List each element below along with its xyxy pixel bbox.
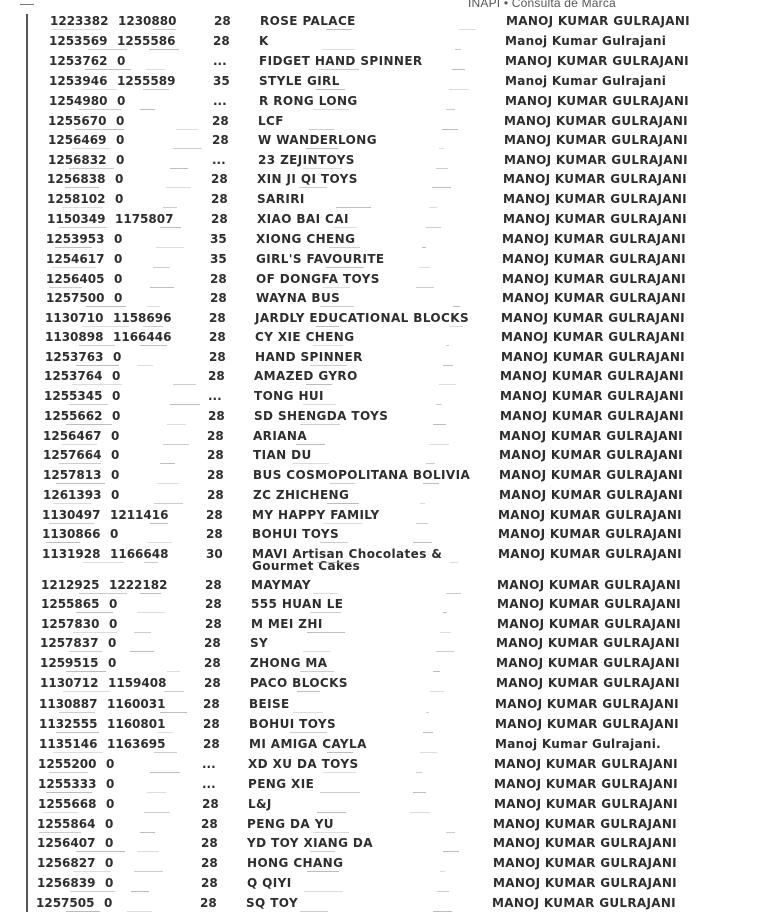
class-number: 28 bbox=[213, 34, 230, 48]
scan-noise bbox=[134, 632, 151, 633]
registration-number: 0 bbox=[115, 172, 123, 186]
scan-noise bbox=[310, 851, 335, 852]
application-number: 1261393 bbox=[43, 488, 101, 502]
application-number: 1130866 bbox=[42, 527, 100, 541]
class-number: ... bbox=[212, 153, 226, 167]
application-number: 1253953 bbox=[46, 232, 104, 246]
class-number: ... bbox=[202, 777, 216, 791]
table-row: 1259515 0 28 ZHONG MA MANOJ KUMAR GULRAJ… bbox=[0, 656, 757, 676]
owner-name: MANOJ KUMAR GULRAJANI bbox=[503, 192, 687, 206]
table-row: 1253762 0 ... FIDGET HAND SPINNER MANOJ … bbox=[0, 54, 757, 74]
class-number: ... bbox=[202, 757, 216, 771]
class-number: 28 bbox=[201, 836, 218, 850]
scan-noise bbox=[413, 542, 432, 543]
class-number: 28 bbox=[207, 468, 224, 482]
scan-noise bbox=[297, 691, 320, 692]
class-number: 28 bbox=[201, 856, 218, 870]
class-number: 28 bbox=[203, 697, 220, 711]
class-number: 28 bbox=[208, 409, 225, 423]
application-number: 1256407 bbox=[37, 836, 95, 850]
table-row: 1257500 0 28 WAYNA BUS MANOJ KUMAR GULRA… bbox=[0, 291, 757, 311]
owner-name: MANOJ KUMAR GULRAJANI bbox=[505, 54, 689, 68]
class-number: 28 bbox=[214, 14, 231, 28]
class-number: 28 bbox=[201, 876, 218, 890]
scan-noise bbox=[422, 247, 426, 248]
table-row: 1130712 1159408 28 PACO BLOCKS MANOJ KUM… bbox=[0, 676, 757, 696]
scan-noise bbox=[426, 712, 429, 713]
scan-noise bbox=[413, 792, 426, 793]
scan-noise bbox=[320, 792, 360, 793]
application-number: 1256467 bbox=[43, 429, 101, 443]
table-row: 1253946 1255589 35 STYLE GIRL Manoj Kuma… bbox=[0, 74, 757, 94]
registration-number: 1158696 bbox=[113, 311, 171, 325]
owner-name: MANOJ KUMAR GULRAJANI bbox=[499, 468, 683, 482]
scan-noise bbox=[140, 832, 155, 833]
trademark-name: TIAN DU bbox=[253, 448, 312, 462]
application-number: 1255200 bbox=[38, 757, 96, 771]
registration-number: 0 bbox=[108, 656, 116, 670]
scan-corner-mark bbox=[20, 4, 34, 5]
scan-noise bbox=[449, 326, 463, 327]
table-row: 1257664 0 28 TIAN DU MANOJ KUMAR GULRAJA… bbox=[0, 448, 757, 468]
trademark-name: BOHUI TOYS bbox=[252, 527, 339, 541]
scan-noise bbox=[420, 503, 425, 504]
scan-noise bbox=[137, 365, 153, 366]
application-number: 1130497 bbox=[42, 508, 100, 522]
scan-noise bbox=[147, 306, 160, 307]
application-number: 1255670 bbox=[48, 114, 106, 128]
application-number: 1130710 bbox=[45, 311, 103, 325]
registration-number: 0 bbox=[105, 817, 113, 831]
table-row: 1256469 0 28 W WANDERLONG MANOJ KUMAR GU… bbox=[0, 133, 757, 153]
registration-number: 1255586 bbox=[117, 34, 175, 48]
class-number: ... bbox=[213, 94, 227, 108]
class-number: 35 bbox=[210, 232, 227, 246]
scan-noise bbox=[455, 49, 461, 50]
scan-noise bbox=[439, 384, 456, 385]
scan-noise bbox=[310, 612, 341, 613]
scan-noise bbox=[55, 247, 92, 248]
scan-noise bbox=[167, 671, 180, 672]
application-number: 1253764 bbox=[44, 369, 102, 383]
scan-noise bbox=[322, 49, 355, 50]
scan-noise bbox=[69, 404, 108, 405]
registration-number: 0 bbox=[112, 369, 120, 383]
scan-noise bbox=[316, 326, 339, 327]
scan-noise bbox=[316, 89, 345, 90]
registration-number: 0 bbox=[116, 133, 124, 147]
owner-name: MANOJ KUMAR GULRAJANI bbox=[496, 656, 680, 670]
scan-noise bbox=[442, 129, 458, 130]
scan-noise bbox=[304, 891, 343, 892]
scan-noise bbox=[317, 812, 346, 813]
class-number: 28 bbox=[209, 330, 226, 344]
trademark-name: SY bbox=[250, 636, 268, 650]
scan-noise bbox=[53, 752, 103, 753]
trademark-name: BUS COSMOPOLITANA BOLIVIA bbox=[253, 468, 470, 482]
owner-name: MANOJ KUMAR GULRAJANI bbox=[496, 676, 680, 690]
scan-noise bbox=[319, 69, 359, 70]
owner-name: MANOJ KUMAR GULRAJANI bbox=[502, 252, 686, 266]
scan-noise bbox=[432, 187, 451, 188]
application-number: 1255345 bbox=[44, 389, 102, 403]
class-number: 28 bbox=[209, 350, 226, 364]
owner-name: MANOJ KUMAR GULRAJANI bbox=[497, 597, 681, 611]
application-number: 1130887 bbox=[39, 697, 97, 711]
scan-noise bbox=[420, 752, 437, 753]
trademark-name: MAVI Artisan Chocolates &Gourmet Cakes bbox=[252, 547, 442, 573]
registration-number: 0 bbox=[111, 429, 119, 443]
scan-noise bbox=[173, 148, 202, 149]
trademark-name: 23 ZEJINTOYS bbox=[258, 153, 355, 167]
owner-name: MANOJ KUMAR GULRAJANI bbox=[498, 508, 682, 522]
scan-noise bbox=[56, 483, 105, 484]
trademark-name: W WANDERLONG bbox=[258, 133, 377, 147]
scan-noise bbox=[163, 444, 189, 445]
registration-number: 0 bbox=[106, 777, 114, 791]
owner-name: MANOJ KUMAR GULRAJANI bbox=[500, 389, 684, 403]
registration-number: 0 bbox=[117, 54, 125, 68]
registration-number: 0 bbox=[109, 597, 117, 611]
trademark-name: XD XU DA TOYS bbox=[248, 757, 358, 771]
scan-noise bbox=[443, 365, 453, 366]
class-number: 28 bbox=[211, 172, 228, 186]
scan-noise bbox=[147, 542, 172, 543]
class-number: 28 bbox=[201, 817, 218, 831]
owner-name: Manoj Kumar Gulrajani. bbox=[495, 737, 661, 751]
owner-name: MANOJ KUMAR GULRAJANI bbox=[502, 232, 686, 246]
application-number: 1253569 bbox=[49, 34, 107, 48]
registration-number: 0 bbox=[106, 797, 114, 811]
scan-noise bbox=[150, 287, 174, 288]
trademark-name: HAND SPINNER bbox=[255, 350, 363, 364]
registration-number: 1166446 bbox=[113, 330, 171, 344]
scan-noise bbox=[423, 732, 433, 733]
trademark-name: ARIANA bbox=[253, 429, 307, 443]
application-number: 1254617 bbox=[46, 252, 104, 266]
application-number: 1259515 bbox=[40, 656, 98, 670]
table-row: 1257505 0 28 SQ TOY MANOJ KUMAR GULRAJAN… bbox=[0, 896, 757, 915]
table-row: 1132555 1160801 28 BOHUI TOYS MANOJ KUMA… bbox=[0, 717, 757, 737]
scan-noise bbox=[39, 832, 81, 833]
scan-noise bbox=[150, 772, 180, 773]
scan-noise bbox=[83, 562, 124, 563]
class-number: 28 bbox=[207, 448, 224, 462]
registration-number: 0 bbox=[105, 836, 113, 850]
trademark-name: PACO BLOCKS bbox=[250, 676, 348, 690]
scan-noise bbox=[170, 168, 188, 169]
registration-number: 0 bbox=[114, 291, 122, 305]
class-number: 28 bbox=[203, 737, 220, 751]
scan-noise bbox=[72, 384, 122, 385]
scan-noise bbox=[72, 148, 110, 149]
table-row: 1223382 1230880 28 ROSE PALACE MANOJ KUM… bbox=[0, 14, 757, 34]
scan-noise bbox=[143, 326, 163, 327]
table-row: 1254980 0 ... R RONG LONG MANOJ KUMAR GU… bbox=[0, 94, 757, 114]
scan-noise bbox=[153, 267, 170, 268]
application-number: 1257664 bbox=[43, 448, 101, 462]
table-row: 1150349 1175807 28 XIAO BAI CAI MANOJ KU… bbox=[0, 212, 757, 232]
application-number: 1256405 bbox=[46, 272, 104, 286]
class-number: ... bbox=[208, 389, 222, 403]
class-number: 28 bbox=[205, 597, 222, 611]
trademark-name: BEISE bbox=[249, 697, 290, 711]
scan-noise bbox=[163, 207, 177, 208]
scan-noise bbox=[430, 691, 444, 692]
scan-noise bbox=[323, 523, 362, 524]
owner-name: MANOJ KUMAR GULRAJANI bbox=[493, 856, 677, 870]
application-number: 1257837 bbox=[40, 636, 98, 650]
scan-noise bbox=[82, 326, 129, 327]
trademark-name: K bbox=[259, 34, 269, 48]
scan-noise bbox=[66, 911, 100, 912]
registration-number: 0 bbox=[112, 409, 120, 423]
scan-noise bbox=[49, 523, 94, 524]
class-number: 30 bbox=[206, 547, 223, 561]
table-row: 1253764 0 28 AMAZED GYRO MANOJ KUMAR GUL… bbox=[0, 369, 757, 389]
registration-number: 0 bbox=[109, 617, 117, 631]
class-number: 28 bbox=[203, 717, 220, 731]
trademark-name: ZHONG MA bbox=[250, 656, 327, 670]
registration-number: 0 bbox=[117, 94, 125, 108]
scan-noise bbox=[146, 69, 165, 70]
application-number: 1256832 bbox=[48, 153, 106, 167]
trademark-name: SARIRI bbox=[257, 192, 305, 206]
registration-number: 0 bbox=[111, 468, 119, 482]
table-row: 1253763 0 28 HAND SPINNER MANOJ KUMAR GU… bbox=[0, 350, 757, 370]
scan-noise bbox=[323, 772, 356, 773]
class-number: ... bbox=[213, 54, 227, 68]
table-row: 1131928 1166648 30 MAVI Artisan Chocolat… bbox=[0, 547, 757, 567]
registration-number: 1175807 bbox=[115, 212, 173, 226]
scan-noise bbox=[156, 247, 184, 248]
scan-noise bbox=[65, 187, 99, 188]
table-row: 1258102 0 28 SARIRI MANOJ KUMAR GULRAJAN… bbox=[0, 192, 757, 212]
class-number: 28 bbox=[206, 527, 223, 541]
scan-noise bbox=[166, 187, 191, 188]
class-number: 28 bbox=[205, 617, 222, 631]
owner-name: MANOJ KUMAR GULRAJANI bbox=[493, 836, 677, 850]
trademark-name: CY XIE CHENG bbox=[255, 330, 355, 344]
trademark-name: FIDGET HAND SPINNER bbox=[259, 54, 423, 68]
scan-noise bbox=[446, 593, 461, 594]
owner-name: MANOJ KUMAR GULRAJANI bbox=[496, 636, 680, 650]
class-number: 28 bbox=[207, 488, 224, 502]
scan-noise bbox=[436, 651, 454, 652]
owner-name: MANOJ KUMAR GULRAJANI bbox=[494, 797, 678, 811]
table-row: 1261393 0 28 ZC ZHICHENG MANOJ KUMAR GUL… bbox=[0, 488, 757, 508]
scan-noise bbox=[299, 187, 327, 188]
scan-noise bbox=[317, 562, 352, 563]
owner-name: Manoj Kumar Gulrajani bbox=[505, 74, 666, 88]
owner-name: MANOJ KUMAR GULRAJANI bbox=[495, 697, 679, 711]
table-row: 1257813 0 28 BUS COSMOPOLITANA BOLIVIA M… bbox=[0, 468, 757, 488]
trademark-name: AMAZED GYRO bbox=[254, 369, 358, 383]
table-row: 1255864 0 28 PENG DA YU MANOJ KUMAR GULR… bbox=[0, 817, 757, 837]
trademark-name: MAYMAY bbox=[251, 578, 311, 592]
class-number: 28 bbox=[202, 797, 219, 811]
scan-noise bbox=[436, 404, 442, 405]
scan-noise bbox=[429, 207, 437, 208]
application-number: 1212925 bbox=[41, 578, 99, 592]
trademark-name: OF DONGFA TOYS bbox=[256, 272, 380, 286]
scan-noise bbox=[140, 345, 167, 346]
scan-noise bbox=[327, 752, 353, 753]
scan-noise bbox=[320, 306, 354, 307]
application-number: 1253946 bbox=[49, 74, 107, 88]
application-number: 1257505 bbox=[36, 896, 94, 910]
registration-number: 0 bbox=[114, 232, 122, 246]
scan-noise bbox=[437, 891, 449, 892]
scan-noise bbox=[149, 49, 179, 50]
owner-name: MANOJ KUMAR GULRAJANI bbox=[492, 896, 676, 910]
application-number: 1256839 bbox=[37, 876, 95, 890]
class-number: 28 bbox=[204, 676, 221, 690]
table-row: 1257830 0 28 M MEI ZHI MANOJ KUMAR GULRA… bbox=[0, 617, 757, 637]
scan-noise bbox=[76, 851, 125, 852]
owner-name: MANOJ KUMAR GULRAJANI bbox=[497, 578, 681, 592]
table-row: 1255200 0 ... XD XU DA TOYS MANOJ KUMAR … bbox=[0, 757, 757, 777]
registration-number: 0 bbox=[113, 350, 121, 364]
trademark-name: Q QIYI bbox=[247, 876, 292, 890]
scan-noise bbox=[167, 424, 186, 425]
class-number: 28 bbox=[211, 192, 228, 206]
scan-noise bbox=[320, 542, 348, 543]
scan-noise bbox=[327, 503, 359, 504]
registration-number: 1159408 bbox=[108, 676, 166, 690]
registration-number: 1211416 bbox=[110, 508, 168, 522]
owner-name: MANOJ KUMAR GULRAJANI bbox=[504, 114, 688, 128]
registration-number: 0 bbox=[116, 153, 124, 167]
trademark-name: JARDLY EDUCATIONAL BLOCKS bbox=[255, 311, 469, 325]
registration-number: 0 bbox=[111, 448, 119, 462]
scan-noise bbox=[147, 792, 166, 793]
class-number: 28 bbox=[209, 311, 226, 325]
trademark-name: R RONG LONG bbox=[259, 94, 358, 108]
owner-name: MANOJ KUMAR GULRAJANI bbox=[505, 94, 689, 108]
class-number: 28 bbox=[210, 272, 227, 286]
owner-name: MANOJ KUMAR GULRAJANI bbox=[493, 817, 677, 831]
table-row: 1135146 1163695 28 MI AMIGA CAYLA Manoj … bbox=[0, 737, 757, 757]
application-number: 1253762 bbox=[49, 54, 107, 68]
registration-number: 0 bbox=[111, 488, 119, 502]
table-row: 1130887 1160031 28 BEISE MANOJ KUMAR GUL… bbox=[0, 697, 757, 717]
trademark-name: MI AMIGA CAYLA bbox=[249, 737, 367, 751]
scan-noise bbox=[66, 424, 112, 425]
scan-noise bbox=[443, 851, 459, 852]
scan-noise bbox=[160, 463, 175, 464]
owner-name: MANOJ KUMAR GULRAJANI bbox=[502, 291, 686, 305]
table-row: 1130710 1158696 28 JARDLY EDUCATIONAL BL… bbox=[0, 311, 757, 331]
scan-noise bbox=[310, 365, 347, 366]
trademark-name: ZC ZHICHENG bbox=[253, 488, 349, 502]
registration-number: 1163695 bbox=[107, 737, 165, 751]
trademark-name: M MEI ZHI bbox=[251, 617, 323, 631]
owner-name: MANOJ KUMAR GULRAJANI bbox=[498, 547, 682, 561]
trademark-name: PENG DA YU bbox=[247, 817, 334, 831]
scan-noise bbox=[66, 671, 106, 672]
class-number: 28 bbox=[207, 429, 224, 443]
owner-name: MANOJ KUMAR GULRAJANI bbox=[499, 429, 683, 443]
scan-noise bbox=[144, 812, 170, 813]
table-row: 1253953 0 35 XIONG CHENG MANOJ KUMAR GUL… bbox=[0, 232, 757, 252]
scan-noise bbox=[62, 444, 97, 445]
trademark-name: 555 HUAN LE bbox=[251, 597, 343, 611]
scan-noise bbox=[59, 712, 95, 713]
application-number: 1256469 bbox=[48, 133, 106, 147]
registration-number: 1230880 bbox=[118, 14, 176, 28]
application-number: 1255865 bbox=[41, 597, 99, 611]
scan-noise bbox=[439, 148, 444, 149]
scan-noise bbox=[160, 712, 187, 713]
scan-noise bbox=[75, 129, 124, 130]
table-row: 1253569 1255586 28 K Manoj Kumar Gulraja… bbox=[0, 34, 757, 54]
trademark-name: L&J bbox=[248, 797, 272, 811]
scan-noise bbox=[433, 671, 440, 672]
table-row: 1255345 0 ... TONG HUI MANOJ KUMAR GULRA… bbox=[0, 389, 757, 409]
trademark-name: XIONG CHENG bbox=[256, 232, 355, 246]
owner-name: MANOJ KUMAR GULRAJANI bbox=[494, 777, 678, 791]
table-row: 1255333 0 ... PENG XIE MANOJ KUMAR GULRA… bbox=[0, 777, 757, 797]
application-number: 1254980 bbox=[49, 94, 107, 108]
scan-noise bbox=[410, 812, 430, 813]
scan-noise bbox=[326, 29, 352, 30]
application-number: 1257500 bbox=[46, 291, 104, 305]
owner-name: MANOJ KUMAR GULRAJANI bbox=[495, 717, 679, 731]
application-number: 1223382 bbox=[50, 14, 108, 28]
table-row: 1130497 1211416 28 MY HAPPY FAMILY MANOJ… bbox=[0, 508, 757, 528]
registration-number: 0 bbox=[104, 896, 112, 910]
table-row: 1256832 0 ... 23 ZEJINTOYS MANOJ KUMAR G… bbox=[0, 153, 757, 173]
scan-noise bbox=[76, 612, 113, 613]
application-number: 1255668 bbox=[38, 797, 96, 811]
scan-noise bbox=[450, 562, 458, 563]
application-number: 1131928 bbox=[42, 547, 100, 561]
application-number: 1256827 bbox=[37, 856, 95, 870]
scan-noise bbox=[443, 612, 447, 613]
scan-noise bbox=[306, 148, 338, 149]
trademark-name: STYLE GIRL bbox=[259, 74, 340, 88]
owner-name: MANOJ KUMAR GULRAJANI bbox=[501, 311, 685, 325]
scan-noise bbox=[303, 404, 336, 405]
scan-noise bbox=[130, 651, 154, 652]
scan-noise bbox=[88, 49, 127, 50]
registration-number: 0 bbox=[110, 527, 118, 541]
scan-noise bbox=[79, 345, 115, 346]
owner-name: MANOJ KUMAR GULRAJANI bbox=[499, 488, 683, 502]
table-row: 1255670 0 28 LCF MANOJ KUMAR GULRAJANI bbox=[0, 114, 757, 134]
scan-noise bbox=[313, 832, 349, 833]
scan-noise bbox=[290, 732, 327, 733]
trademark-name: LCF bbox=[258, 114, 284, 128]
scan-noise bbox=[153, 29, 176, 30]
class-number: 28 bbox=[206, 508, 223, 522]
scan-noise bbox=[313, 593, 337, 594]
scan-noise bbox=[63, 691, 110, 692]
class-number: 28 bbox=[208, 369, 225, 383]
scan-noise bbox=[423, 483, 439, 484]
owner-name: MANOJ KUMAR GULRAJANI bbox=[500, 409, 684, 423]
class-number: 28 bbox=[212, 133, 229, 147]
application-number: 1255662 bbox=[44, 409, 102, 423]
scan-noise bbox=[79, 109, 121, 110]
table-row: 1256839 0 28 Q QIYI MANOJ KUMAR GULRAJAN… bbox=[0, 876, 757, 896]
owner-name: MANOJ KUMAR GULRAJANI bbox=[506, 14, 690, 28]
trademark-name: YD TOY XIANG DA bbox=[247, 836, 373, 850]
trademark-name: HONG CHANG bbox=[247, 856, 343, 870]
scan-noise bbox=[416, 772, 422, 773]
scan-noise bbox=[137, 612, 165, 613]
